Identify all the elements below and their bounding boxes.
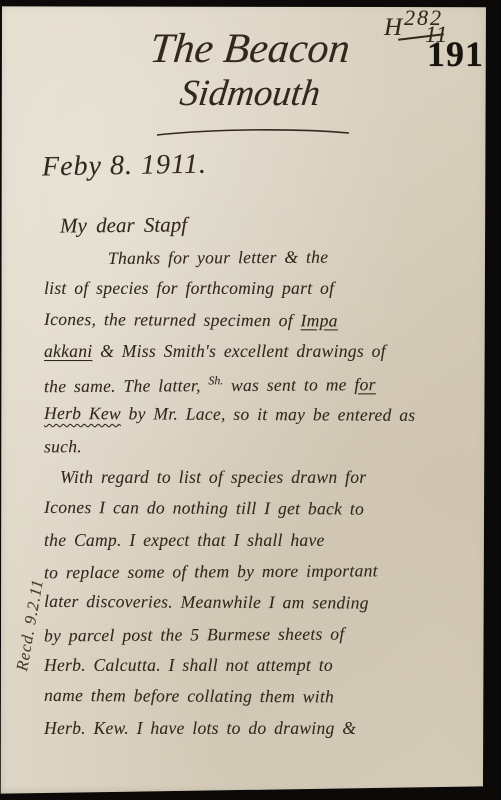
- letter-text-segment: the Camp. I expect that I shall have: [44, 530, 325, 550]
- letter-line: to replace some of them by more importan…: [44, 560, 480, 594]
- letter-text-segment: by parcel post the 5 Burmese sheets of: [44, 623, 345, 645]
- letter-line: Thanks for your letter & the: [44, 246, 480, 280]
- letter-text-segment: Herb. Calcutta. I shall not attempt to: [44, 655, 333, 675]
- letter-text-segment: name them before collating them with: [44, 685, 334, 707]
- letter-text-segment: akkani: [44, 341, 92, 361]
- letter-text-segment: Thanks for your letter & the: [108, 247, 328, 268]
- letter-text-segment: & Miss Smith's excellent drawings of: [92, 341, 385, 361]
- letter-line: With regard to list of species drawn for: [44, 467, 480, 498]
- letter-text-segment: such.: [44, 436, 82, 456]
- letter-text-segment: Impa: [301, 310, 338, 330]
- letter-text-segment: Icones I can do nothing till I get back …: [44, 497, 364, 519]
- letter-text-segment: list of species for forthcoming part of: [44, 278, 334, 298]
- letter-line: name them before collating them with: [44, 685, 480, 719]
- letter-text-segment: to replace some of them by more importan…: [44, 560, 378, 582]
- letter-line: such.: [44, 434, 480, 468]
- letter-line: Herb Kew by Mr. Lace, so it may be enter…: [44, 403, 480, 437]
- received-date-margin-note: Recd. 9.2.11: [12, 577, 48, 672]
- letterhead-house-name: The Beacon: [93, 26, 408, 72]
- letter-line: Icones I can do nothing till I get back …: [44, 497, 480, 531]
- interline-insertion: Sh.: [208, 373, 223, 387]
- letterhead-town: Sidmouth: [93, 74, 408, 115]
- letter-text-segment: for: [354, 374, 375, 394]
- letter-text-segment: Herb Kew: [44, 403, 121, 423]
- letter-line: Herb. Calcutta. I shall not attempt to: [44, 655, 480, 686]
- letter-line: Herb. Kew. I have lots to do drawing &: [44, 718, 480, 749]
- letterhead-underline-flourish: [153, 126, 353, 140]
- letter-line: the same. The latter, Sh. was sent to me…: [44, 371, 480, 405]
- letter-text-segment: by Mr. Lace, so it may be entered as: [121, 403, 416, 425]
- letter-text-segment: With regard to list of species drawn for: [60, 467, 366, 487]
- letter-line: the Camp. I expect that I shall have: [44, 530, 480, 561]
- letter-text-segment: the same. The latter,: [44, 375, 209, 396]
- letter-line: by parcel post the 5 Burmese sheets of: [44, 622, 480, 656]
- scanned-letter-page: { "letter": { "letterhead": { "name": "T…: [0, 0, 501, 800]
- letterhead: The Beacon Sidmouth: [95, 26, 405, 115]
- letter-line: later discoveries. Meanwhile I am sendin…: [44, 591, 480, 625]
- date-line: Feby 8. 1911.: [42, 149, 207, 184]
- stamped-folio-number: 191: [427, 33, 484, 75]
- letter-paper: The Beacon Sidmouth H 282 11 191 Feby 8.…: [0, 0, 501, 800]
- letter-text-segment: Herb. Kew. I have lots to do drawing &: [44, 718, 356, 738]
- letter-text-segment: Icones, the returned specimen of: [44, 309, 301, 330]
- letter-body: Thanks for your letter & thelist of spec…: [44, 247, 480, 749]
- letter-line: akkani & Miss Smith's excellent drawings…: [44, 341, 480, 372]
- salutation: My dear Stapf: [60, 212, 187, 238]
- letter-line: Icones, the returned specimen of Impa: [44, 309, 480, 343]
- letter-text-segment: was sent to me: [223, 374, 354, 395]
- letter-line: list of species for forthcoming part of: [44, 278, 480, 309]
- letter-text-segment: later discoveries. Meanwhile I am sendin…: [44, 591, 369, 613]
